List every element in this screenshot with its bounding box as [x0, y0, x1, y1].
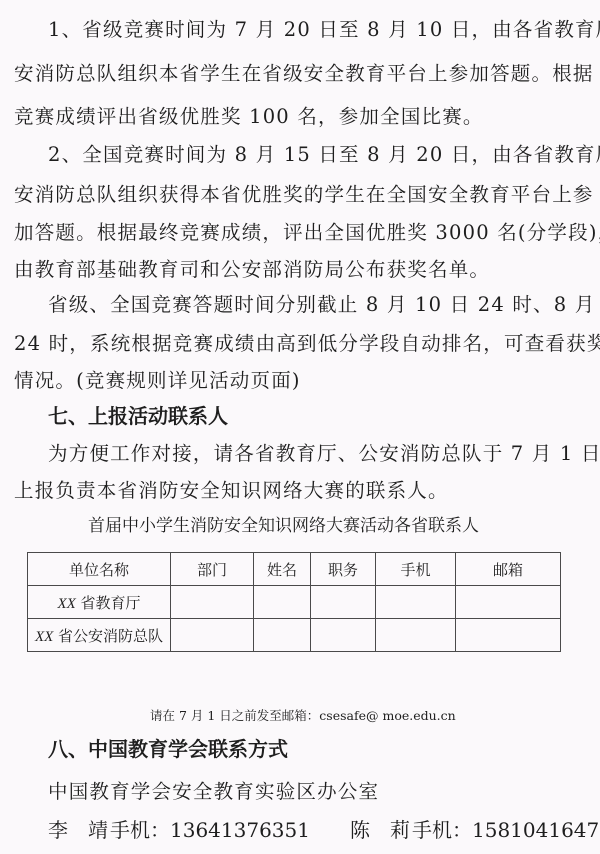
section7-body-line-1: 为方便工作对接，请各省教育厅、公安消防总队于 7 月 1 日前: [48, 441, 600, 467]
contact-phone-label: 手机：: [412, 817, 472, 843]
deadline-line-3: 情况。(竞赛规则详见活动页面): [14, 368, 301, 394]
contact-name: 李 靖: [48, 817, 110, 843]
header-mobile: 手机: [376, 553, 456, 586]
cell-email: [456, 586, 561, 619]
unit-prefix: XX: [57, 596, 75, 612]
item1-line-2: 安消防总队组织本省学生在省级安全教育平台上参加答题。根据: [14, 61, 594, 87]
contact-phone: 15810416473: [472, 817, 600, 843]
cell-position: [311, 586, 376, 619]
table-caption: 首届中小学生消防安全知识网络大赛活动各省联系人: [88, 515, 479, 537]
document-page: 1、省级竞赛时间为 7 月 20 日至 8 月 10 日，由各省教育厅、公 安消…: [0, 0, 600, 854]
header-position: 职务: [311, 553, 376, 586]
email-note: 请在 7 月 1 日之前发至邮箱：csesafe@ moe.edu.cn: [150, 708, 456, 724]
contact-phone-label: 手机：: [110, 817, 170, 843]
unit-prefix: XX: [35, 629, 53, 645]
cell-name: [254, 619, 311, 652]
table-row: XX 省公安消防总队: [28, 619, 561, 652]
table-row: XX 省教育厅: [28, 586, 561, 619]
header-email: 邮箱: [456, 553, 561, 586]
contacts-table: 单位名称 部门 姓名 职务 手机 邮箱 XX 省教育厅 XX 省公安消防总队: [27, 552, 561, 652]
section7-heading: 七、上报活动联系人: [48, 403, 228, 429]
office-name: 中国教育学会安全教育实验区办公室: [48, 779, 379, 805]
section7-body-line-2: 上报负责本省消防安全知识网络大赛的联系人。: [14, 478, 449, 504]
table-header-row: 单位名称 部门 姓名 职务 手机 邮箱: [28, 553, 561, 586]
cell-unit-name: XX 省教育厅: [28, 586, 171, 619]
item2-line-1: 2、全国竞赛时间为 8 月 15 日至 8 月 20 日，由各省教育厅、公: [48, 142, 600, 168]
header-name: 姓名: [254, 553, 311, 586]
unit-name: 省教育厅: [76, 594, 141, 612]
cell-unit-name: XX 省公安消防总队: [28, 619, 171, 652]
item2-line-2: 安消防总队组织获得本省优胜奖的学生在全国安全教育平台上参: [14, 182, 594, 208]
unit-name: 省公安消防总队: [53, 627, 163, 645]
deadline-line-1: 省级、全国竞赛答题时间分别截止 8 月 10 日 24 时、8 月 20 日: [48, 292, 600, 318]
cell-department: [171, 619, 254, 652]
cell-position: [311, 619, 376, 652]
item2-line-3: 加答题。根据最终竞赛成绩，评出全国优胜奖 3000 名(分学段)，: [14, 220, 600, 246]
item1-line-1: 1、省级竞赛时间为 7 月 20 日至 8 月 10 日，由各省教育厅、公: [48, 17, 600, 43]
contact-name: 陈 莉: [350, 817, 412, 843]
contact-phone: 13641376351: [170, 817, 350, 843]
contact-line: 李 靖手机：13641376351陈 莉手机：15810416473: [48, 817, 600, 843]
item1-line-3: 竞赛成绩评出省级优胜奖 100 名，参加全国比赛。: [14, 104, 484, 130]
cell-email: [456, 619, 561, 652]
item2-line-4: 由教育部基础教育司和公安部消防局公布获奖名单。: [14, 257, 490, 283]
cell-mobile: [376, 619, 456, 652]
section8-heading: 八、中国教育学会联系方式: [48, 736, 288, 762]
cell-department: [171, 586, 254, 619]
header-unit-name: 单位名称: [28, 553, 171, 586]
cell-mobile: [376, 586, 456, 619]
deadline-line-2: 24 时，系统根据竞赛成绩由高到低分学段自动排名，可查看获奖: [14, 331, 600, 357]
header-department: 部门: [171, 553, 254, 586]
cell-name: [254, 586, 311, 619]
